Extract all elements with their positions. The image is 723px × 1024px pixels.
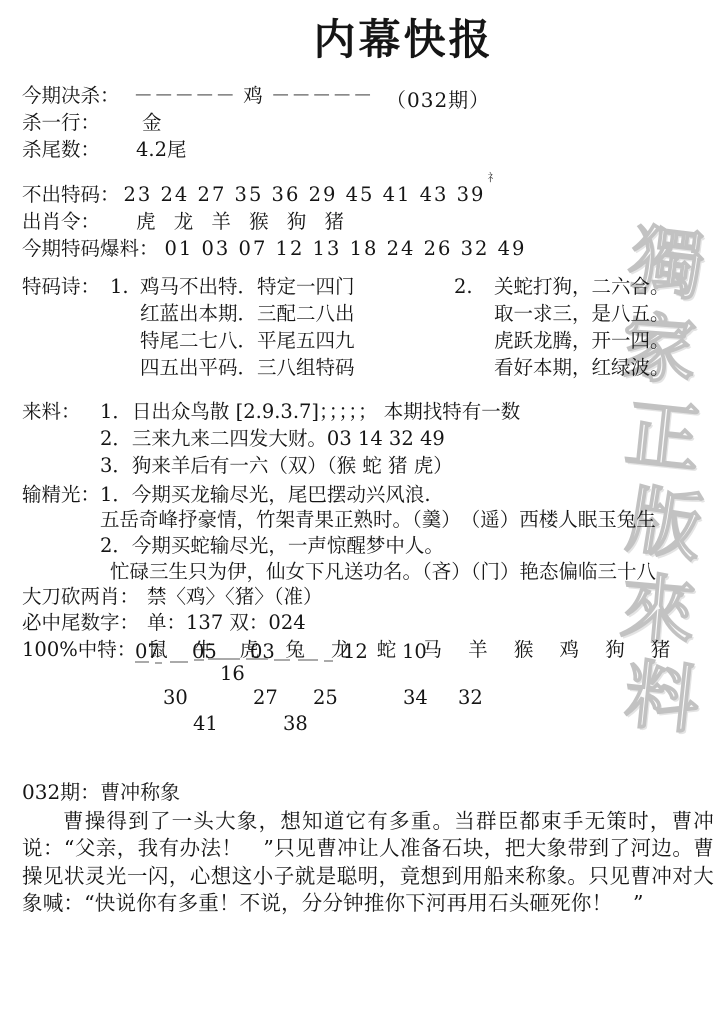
grid-number: 27 — [253, 686, 278, 709]
handwritten-mark: 礻 — [487, 171, 498, 184]
line-value: 虎 龙 羊 猴 狗 猪 — [136, 210, 350, 233]
lailiao-items: 1．日出众鸟散 [2.9.3.7]；；；；； 本期找特有一数 2．三来九来二四发… — [100, 399, 520, 479]
poem-line: 取一求三，是八五。 — [494, 301, 670, 328]
prediction-list: 今期决杀：－－－－－ 鸡 －－－－－ 杀一行：金 杀尾数：4.2尾 不出特码：2… — [22, 82, 709, 262]
lailiao-item: 2．三来九来二四发大财。03 14 32 49 — [100, 426, 520, 453]
line-value: 4.2尾 — [136, 138, 187, 161]
poem-number — [454, 301, 494, 328]
grid-number: 32 — [458, 686, 483, 709]
grid-number: 25 — [313, 686, 338, 709]
lailiao-label: 来料： — [22, 399, 100, 479]
poem-line: 虎跃龙腾，开一四。 — [494, 328, 670, 355]
grid-number: 12 — [343, 640, 368, 663]
grid-number: 07 — [135, 640, 160, 663]
line-value: －－－－－ 鸡 －－－－－ — [134, 84, 374, 107]
shujingguang-line: 五岳奇峰抒豪情，竹架青果正熟时。（羹） （遥）西楼人眠玉兔生 — [100, 507, 656, 533]
poem-number — [454, 328, 494, 355]
story-paragraph: 曹操得到了一头大象，想知道它有多重。当群臣都束手无策时，曹冲说：“父亲，我有办法… — [22, 808, 714, 918]
grid-number: 30 — [163, 686, 188, 709]
line-shaweishu: 杀尾数：4.2尾 — [22, 136, 709, 163]
number-grid: 07 05 03 12 10 16 30 27 25 34 32 41 38 — [0, 638, 723, 738]
line-label: 不出特码： — [22, 183, 120, 206]
erased-row-remnants — [135, 661, 149, 663]
line-label: 杀尾数： — [22, 138, 100, 161]
grid-number: 38 — [283, 712, 308, 735]
poem-number: 2. — [454, 274, 494, 301]
poem-label: 特码诗： — [22, 274, 110, 381]
poem-line: 鸡马不出特．特定一四门 — [140, 274, 454, 301]
poem-number — [110, 301, 140, 328]
shujingguang-line: 1．今期买龙输尽光，尾巴摆动兴风浪. — [100, 482, 656, 508]
dadao-label: 大刀砍两肖： — [22, 585, 139, 608]
line-shayihang: 杀一行：金 — [22, 109, 709, 136]
tema-poem-section: 特码诗： 1.鸡马不出特．特定一四门2.关蛇打狗，二六合。 红蓝出本期．三配二八… — [22, 274, 709, 381]
weishu-label: 必中尾数字： — [22, 611, 139, 634]
erased-row-remnants — [274, 659, 290, 661]
line-value: 01 03 07 12 13 18 24 26 32 49 — [165, 237, 527, 260]
line-label: 出肖令： — [22, 210, 100, 233]
poem-number — [110, 355, 140, 382]
newsletter-page: 獨 家 正 版 來 料 内幕快报 （032期） 今期决杀：－－－－－ 鸡 －－－… — [0, 0, 723, 1024]
poem-line: 特尾二七八．平尾五四九 — [140, 328, 454, 355]
lailiao-item: 3．狗来羊后有一六（双）（猴 蛇 猪 虎） — [100, 453, 520, 480]
line-jueshai: 今期决杀：－－－－－ 鸡 －－－－－ — [22, 82, 709, 109]
poem-row: 特尾二七八．平尾五四九虎跃龙腾，开一四。 — [110, 328, 670, 355]
line-label: 今期特码爆料： — [22, 237, 159, 260]
poem-row: 红蓝出本期．三配二八出取一求三，是八五。 — [110, 301, 670, 328]
erased-row-remnants — [298, 659, 318, 661]
line-value: 金 — [142, 111, 162, 134]
line-chuxiaoling: 出肖令：虎 龙 羊 猴 狗 猪 — [22, 208, 709, 235]
line-temabaoliao: 今期特码爆料：01 03 07 12 13 18 24 26 32 49 — [22, 235, 709, 262]
shujingguang-lines: 1．今期买龙输尽光，尾巴摆动兴风浪. 五岳奇峰抒豪情，竹架青果正熟时。（羹） （… — [100, 482, 656, 584]
poem-number: 1. — [110, 274, 140, 301]
grid-number: 41 — [193, 712, 218, 735]
poem-line: 看好本期，红绿波。 — [494, 355, 670, 382]
poem-line: 四五出平码．三八组特码 — [140, 355, 454, 382]
shujingguang-line: 忙碌三生只为伊，仙女下凡送功名。（吝）（门）艳态偏临三十八 — [100, 559, 656, 585]
story-section: 032期：曹冲称象 曹操得到了一头大象，想知道它有多重。当群臣都束手无策时，曹冲… — [22, 778, 714, 918]
grid-number: 10 — [402, 640, 427, 663]
weishu-value: 单：137 双：024 — [147, 611, 306, 634]
shujingguang-line: 2．今期买蛇输尽光，一声惊醒梦中人。 — [100, 533, 656, 559]
lailiao-item: 1．日出众鸟散 [2.9.3.7]；；；；； 本期找特有一数 — [100, 399, 520, 426]
poem-table: 1.鸡马不出特．特定一四门2.关蛇打狗，二六合。 红蓝出本期．三配二八出取一求三… — [110, 274, 670, 381]
line-label: 杀一行： — [22, 111, 100, 134]
poem-number — [454, 355, 494, 382]
line-buchutema: 不出特码：23 24 27 35 36 29 45 41 43 39礻 — [22, 164, 709, 208]
erased-row-remnants — [170, 661, 188, 663]
erased-row-remnants — [208, 658, 240, 660]
erased-row-remnants — [246, 658, 268, 660]
poem-line: 关蛇打狗，二六合。 — [494, 274, 670, 301]
content-area: 内幕快报 （032期） 今期决杀：－－－－－ 鸡 －－－－－ 杀一行：金 杀尾数… — [0, 0, 723, 663]
erased-row-remnants — [194, 659, 204, 661]
poem-line: 红蓝出本期．三配二八出 — [140, 301, 454, 328]
poem-number — [110, 328, 140, 355]
dadao-line: 大刀砍两肖：禁〈鸡〉〈猪〉（准） — [22, 584, 709, 610]
line-value: 23 24 27 35 36 29 45 41 43 39 — [124, 183, 486, 206]
shujingguang-label: 输精光： — [22, 482, 100, 584]
poem-row: 四五出平码．三八组特码看好本期，红绿波。 — [110, 355, 670, 382]
shujingguang-section: 输精光： 1．今期买龙输尽光，尾巴摆动兴风浪. 五岳奇峰抒豪情，竹架青果正熟时。… — [22, 482, 709, 584]
grid-number: 34 — [403, 686, 428, 709]
weishu-line: 必中尾数字：单：137 双：024 — [22, 610, 709, 636]
page-title: 内幕快报 — [60, 14, 723, 66]
line-label: 今期决杀： — [22, 84, 120, 107]
poem-row: 1.鸡马不出特．特定一四门2.关蛇打狗，二六合。 — [110, 274, 670, 301]
lailiao-section: 来料： 1．日出众鸟散 [2.9.3.7]；；；；； 本期找特有一数 2．三来九… — [22, 399, 709, 479]
story-heading: 032期：曹冲称象 — [22, 778, 714, 806]
grid-number-partially-erased: 16 — [220, 662, 245, 685]
issue-number: （032期） — [386, 84, 490, 113]
dadao-value: 禁〈鸡〉〈猪〉（准） — [147, 585, 323, 608]
erased-row-remnants — [324, 660, 333, 662]
erased-row-remnants — [155, 662, 162, 664]
